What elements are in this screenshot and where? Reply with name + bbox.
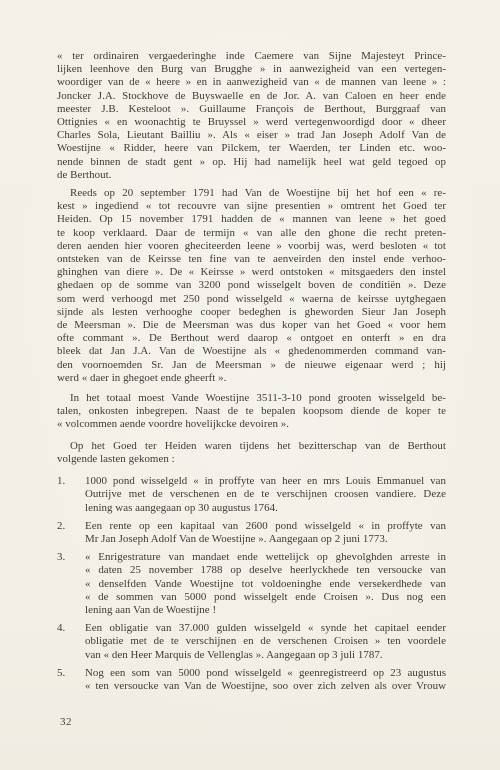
text-line: ghedaen op de somme van 3200 pond wissel… xyxy=(57,279,446,292)
text-line: « daten 25 november 1788 op deselve heer… xyxy=(85,564,446,577)
list-item: 4.Een obligatie van 37.000 gulden wissel… xyxy=(57,622,446,662)
text-line: « volcommen aende voordre hovelijkcke de… xyxy=(57,418,446,431)
list-item: 5.Nog een som van 5000 pond wisselgeld «… xyxy=(57,667,446,693)
text-line: Woestijne « Ridder, heere van Pilckem, t… xyxy=(57,142,446,155)
list-item-number: 5. xyxy=(57,667,85,693)
book-page: « ter ordinairen vergaederinghe inde Cae… xyxy=(0,0,500,770)
text-line: Joncker J.A. Stockhove de Buyswaelle en … xyxy=(57,90,446,103)
list-item: 3.« Enrigestrature van mandaet ende wett… xyxy=(57,551,446,617)
list-item-number: 4. xyxy=(57,622,85,662)
text-line: lening aan Van de Woestijne ! xyxy=(85,604,446,617)
text-line: sijnde als lesten verhooghe cooper bedeg… xyxy=(57,306,446,319)
text-line: « ter ordinairen vergaederinghe inde Cae… xyxy=(57,50,446,63)
text-line: deren aenden hier vooren gheciteerden le… xyxy=(57,240,446,253)
text-line: « ten versoucke van Van de Woestijne, so… xyxy=(85,680,446,693)
page-number: 32 xyxy=(60,716,72,728)
text-line: Charles Sola, Lieutant Bailliu ». Als « … xyxy=(57,129,446,142)
text-line: Een obligatie van 37.000 gulden wisselge… xyxy=(85,622,446,635)
text-line: Ottignies « en woonachtig te Bruyssel » … xyxy=(57,116,446,129)
text-line: « denselfden Vande Woestijne tot voldoen… xyxy=(85,578,446,591)
text-line: van « den Heer Marquis de Vellenglas ». … xyxy=(85,649,446,662)
list-item-number: 3. xyxy=(57,551,85,617)
text-line: te koop verklaard. Daar de termijn « van… xyxy=(57,227,446,240)
list-item-text: Een obligatie van 37.000 gulden wisselge… xyxy=(85,622,446,662)
text-line: « de sommen van 5000 pond wisselgelt end… xyxy=(85,591,446,604)
list-item-text: Een rente op een kapitaal van 2600 pond … xyxy=(85,520,446,546)
text-block: « ter ordinairen vergaederinghe inde Cae… xyxy=(57,50,446,693)
text-line: lening was aangegaan op 30 augustus 1764… xyxy=(85,502,446,515)
list-item: 2.Een rente op een kapitaal van 2600 pon… xyxy=(57,520,446,546)
text-line: 1000 pond wisselgeld « in proffyte van h… xyxy=(85,475,446,488)
text-line: « Enrigestrature van mandaet ende wettel… xyxy=(85,551,446,564)
list-item-number: 1. xyxy=(57,475,85,515)
list-item: 1.1000 pond wisselgeld « in proffyte van… xyxy=(57,475,446,515)
paragraph: Reeds op 20 september 1791 had Van de Wo… xyxy=(57,187,446,385)
text-line: ontsteken van de Keirsse ten fine van te… xyxy=(57,253,446,266)
paragraph: In het totaal moest Vande Woestijne 3511… xyxy=(57,392,446,432)
text-line: Nog een som van 5000 pond wisselgeld « g… xyxy=(85,667,446,680)
list-item-number: 2. xyxy=(57,520,85,546)
list-item-text: Nog een som van 5000 pond wisselgeld « g… xyxy=(85,667,446,693)
text-line: kest » ingediend « tot recouvre van sijn… xyxy=(57,200,446,213)
text-line: som werd verhoogd met 250 pond wisselgel… xyxy=(57,293,446,306)
paragraph: Op het Goed ter Heiden waren tijdens het… xyxy=(57,440,446,466)
text-line: Outrijve met de verschenen en de te vers… xyxy=(85,488,446,501)
text-line: lijken leenhove den Burg van Brugghe » i… xyxy=(57,63,446,76)
text-line: ofte commant ». De Berthout werd daarop … xyxy=(57,332,446,345)
paragraph: « ter ordinairen vergaederinghe inde Cae… xyxy=(57,50,446,182)
text-line: de Berthout. xyxy=(57,169,446,182)
text-line: ghinghen van diere ». De « Keirsse » wer… xyxy=(57,266,446,279)
text-line: Een rente op een kapitaal van 2600 pond … xyxy=(85,520,446,533)
list-item-text: « Enrigestrature van mandaet ende wettel… xyxy=(85,551,446,617)
text-line: Op het Goed ter Heiden waren tijdens het… xyxy=(57,440,446,453)
text-line: werd « daer in ghegoet ende gheerft ». xyxy=(57,372,446,385)
text-line: den voornoemden Sr. Jan de Meersman » de… xyxy=(57,359,446,372)
text-line: In het totaal moest Vande Woestijne 3511… xyxy=(57,392,446,405)
text-line: Mr Jan Joseph Adolf Van de Woestijne ». … xyxy=(85,533,446,546)
text-line: woordiger van de « heere » en in aanwezi… xyxy=(57,76,446,89)
text-line: obligatie met de te verschijnen en de ve… xyxy=(85,635,446,648)
text-line: talen, onkosten inbegrepen. Naast de te … xyxy=(57,405,446,418)
text-line: meester J.B. Kesteloot ». Guillaume Fran… xyxy=(57,103,446,116)
text-line: de Meersman ». Die de Meersman was dus k… xyxy=(57,319,446,332)
numbered-list: 1.1000 pond wisselgeld « in proffyte van… xyxy=(57,475,446,693)
text-line: Reeds op 20 september 1791 had Van de Wo… xyxy=(57,187,446,200)
list-item-text: 1000 pond wisselgeld « in proffyte van h… xyxy=(85,475,446,515)
text-line: nende binnen de stadt gent » op. Hij had… xyxy=(57,156,446,169)
text-line: Heiden. Op 15 november 1791 hadden de « … xyxy=(57,213,446,226)
text-line: volgende lasten gekomen : xyxy=(57,453,446,466)
text-line: bleek dat Jan J.A. Van de Woestijne als … xyxy=(57,345,446,358)
